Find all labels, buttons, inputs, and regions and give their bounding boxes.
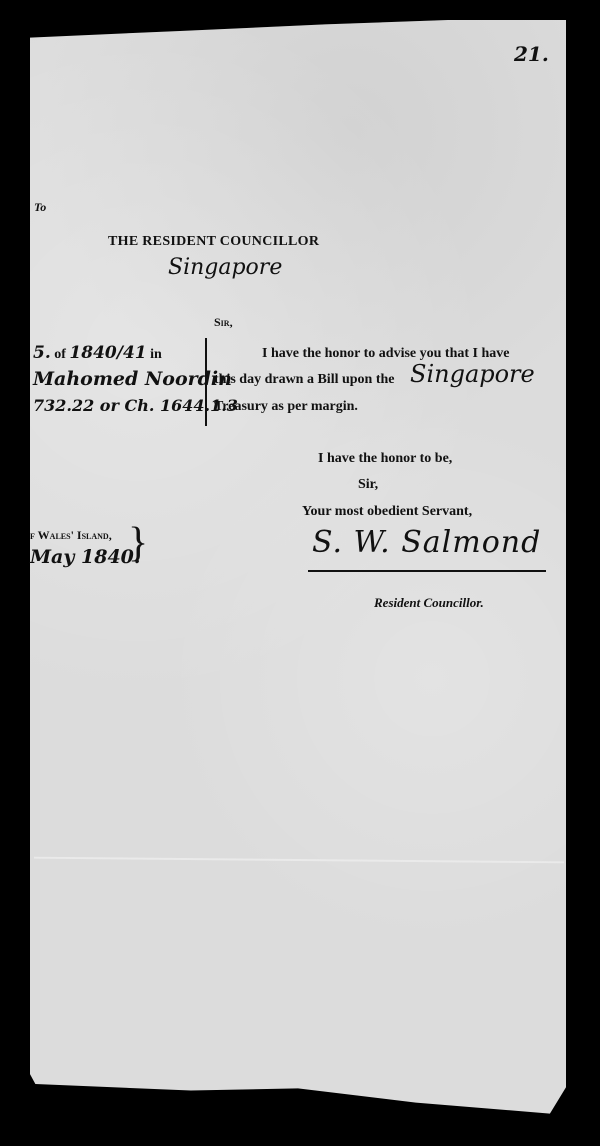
of-label: of xyxy=(54,347,66,362)
salutation: Sir, xyxy=(214,315,233,330)
to-label: To xyxy=(34,200,46,215)
body-line-2: this day drawn a Bill upon the xyxy=(214,372,395,388)
addressee-place-handwritten: Singapore xyxy=(168,255,282,280)
margin-note-payee: Mahomed Noordin xyxy=(33,368,232,390)
body-place-handwritten: Singapore xyxy=(410,360,535,388)
signature-underline xyxy=(308,570,546,572)
closing-line-1: I have the honor to be, xyxy=(318,451,452,467)
margin-divider xyxy=(205,338,207,426)
margin-note-line-1: 5. of 1840/41 in xyxy=(33,343,162,363)
document-page xyxy=(30,20,566,1118)
date-handwritten: May 1840. xyxy=(30,546,141,568)
margin-note-amount: 732.22 or Ch. 1644.1.3 xyxy=(33,396,238,415)
signature: S. W. Salmond xyxy=(312,525,541,560)
bill-number: 5. xyxy=(33,343,51,363)
closing-line-2: Sir, xyxy=(358,477,378,493)
body-line-3: Treasury as per margin. xyxy=(214,399,358,415)
page-number: 21. xyxy=(514,42,549,66)
in-label: in xyxy=(150,347,162,362)
place-line: f Wales' Island, xyxy=(30,528,112,543)
addressee-title: THE RESIDENT COUNCILLOR xyxy=(108,234,319,250)
signatory-title: Resident Councillor. xyxy=(374,595,484,611)
brace-icon: } xyxy=(128,522,148,564)
fiscal-year: 1840/41 xyxy=(69,343,146,363)
closing-line-3: Your most obedient Servant, xyxy=(302,504,472,520)
